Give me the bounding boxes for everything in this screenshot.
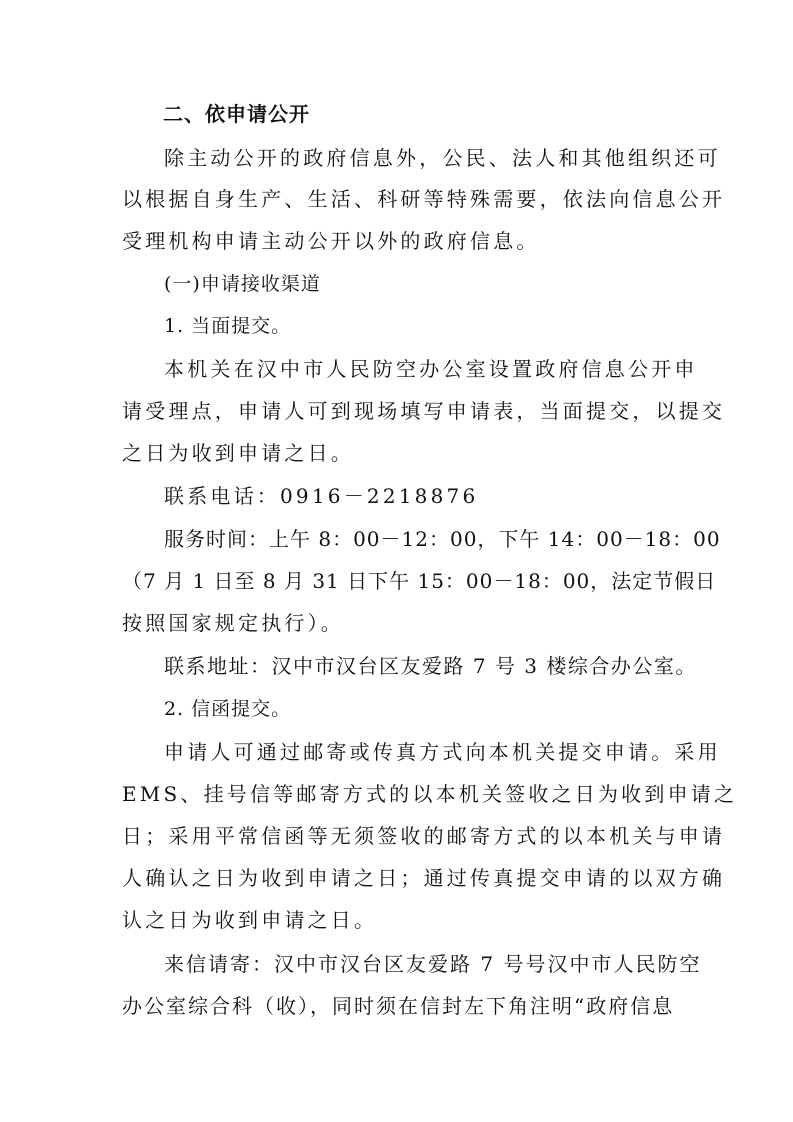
service-hours-line-3: 按照国家规定执行）。: [122, 611, 674, 635]
intro-line-3: 受理机构申请主动公开以外的政府信息。: [122, 229, 674, 253]
item-1-title: 1. 当面提交。: [164, 314, 291, 338]
item-2-line-5: 认之日为收到申请之日。: [122, 908, 674, 932]
section-heading: 二、依申请公开: [163, 102, 310, 126]
contact-phone: 联系电话：0916－2218876: [164, 484, 674, 508]
item-1-line-3: 之日为收到申请之日。: [122, 441, 674, 465]
mail-address-line-2: 办公室综合科（收），同时须在信封左下角注明“政府信息: [122, 994, 674, 1018]
item-2-line-4: 人确认之日为收到申请之日；通过传真提交申请的以双方确: [122, 866, 674, 890]
subsection-heading: (一)申请接收渠道: [164, 272, 321, 296]
document-page: 二、依申请公开 除主动公开的政府信息外，公民、法人和其他组织还可 以根据自身生产…: [0, 0, 793, 1122]
service-hours-line-1: 服务时间：上午 8：00－12：00，下午 14：00－18：00: [164, 527, 674, 551]
item-2-line-2: EMS、挂号信等邮寄方式的以本机关签收之日为收到申请之: [122, 782, 674, 806]
service-hours-line-2: （7 月 1 日至 8 月 31 日下午 15：00－18：00，法定节假日: [122, 569, 674, 593]
intro-line-2: 以根据自身生产、生活、科研等特殊需要，依法向信息公开: [122, 187, 674, 211]
item-2-line-1: 申请人可通过邮寄或传真方式向本机关提交申请。采用: [164, 740, 674, 764]
item-2-line-3: 日；采用平常信函等无须签收的邮寄方式的以本机关与申请: [122, 824, 674, 848]
item-1-line-1: 本机关在汉中市人民防空办公室设置政府信息公开申: [164, 357, 674, 381]
mail-address-line-1: 来信请寄：汉中市汉台区友爱路 7 号号汉中市人民防空: [164, 952, 674, 976]
intro-line-1: 除主动公开的政府信息外，公民、法人和其他组织还可: [164, 146, 674, 170]
item-1-line-2: 请受理点，申请人可到现场填写申请表，当面提交，以提交: [122, 399, 674, 423]
item-2-title: 2. 信函提交。: [164, 697, 291, 721]
contact-address: 联系地址：汉中市汉台区友爱路 7 号 3 楼综合办公室。: [164, 654, 674, 678]
